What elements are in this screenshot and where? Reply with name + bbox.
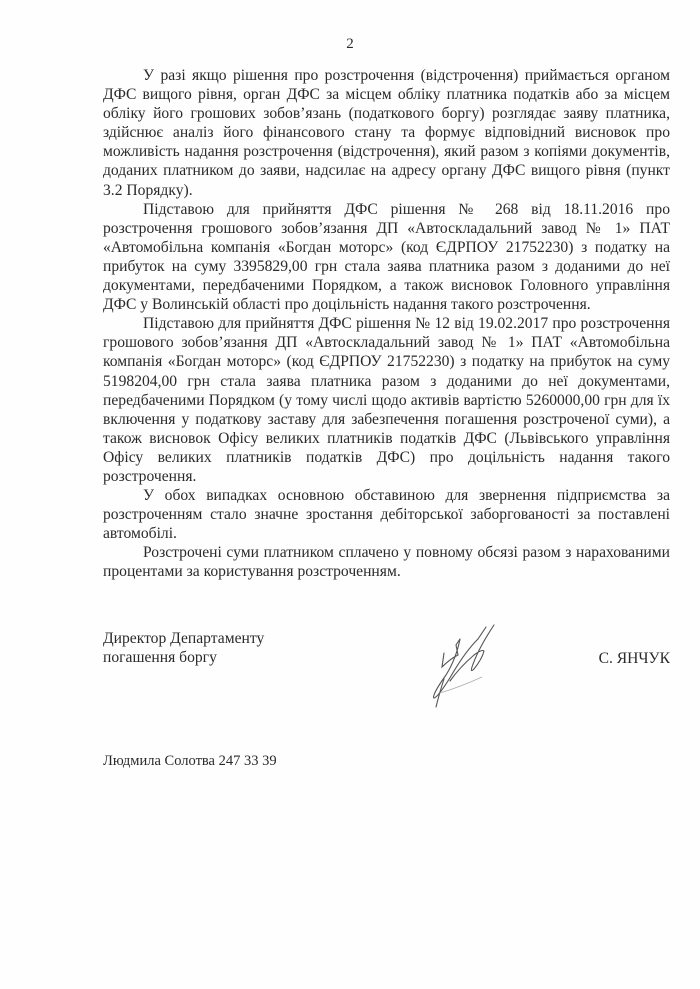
paragraph-decision-12: Підставою для прийняття ДФС рішення № 12… — [103, 314, 670, 486]
signatory-title-line-1: Директор Департаменту — [103, 629, 264, 648]
paragraph-reason: У обох випадках основною обставиною для … — [103, 486, 670, 543]
page-number: 2 — [0, 35, 700, 53]
signatory-name: С. ЯНЧУК — [599, 649, 670, 668]
paragraph-deferral-procedure: У разі якщо рішення про розстрочення (ві… — [103, 66, 670, 200]
document-body: У разі якщо рішення про розстрочення (ві… — [103, 66, 670, 582]
handwritten-signature-icon — [416, 615, 516, 715]
paragraph-decision-268: Підставою для прийняття ДФС рішення № 26… — [103, 200, 670, 315]
document-page: 2 У разі якщо рішення про розстрочення (… — [0, 0, 700, 989]
signatory-title: Директор Департаменту погашення боргу — [103, 629, 264, 667]
contact-line: Людмила Солотва 247 33 39 — [103, 752, 277, 770]
paragraph-repayment: Розстрочені суми платником сплачено у по… — [103, 543, 670, 581]
signature-block: Директор Департаменту погашення боргу С.… — [103, 629, 670, 709]
signatory-title-line-2: погашення боргу — [103, 648, 264, 667]
